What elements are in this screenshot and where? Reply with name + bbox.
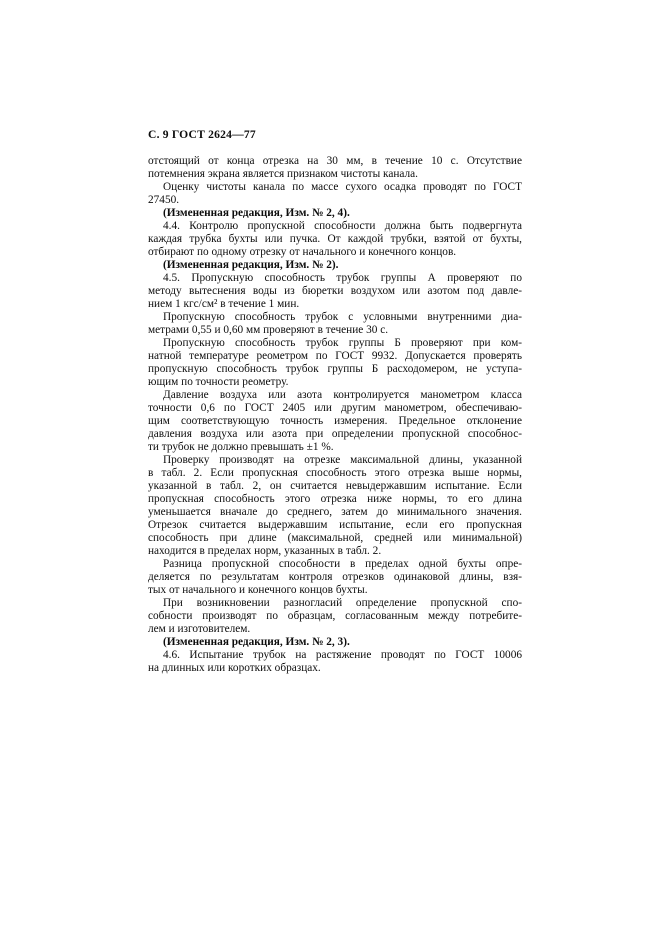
paragraph: Пропускную способность трубок с условным… [148, 311, 522, 337]
text-line: Проверку производят на отрезке максималь… [148, 454, 522, 467]
text-line: нием 1 кгс/см² в течение 1 мин. [148, 298, 522, 311]
text-line: находится в пределах норм, указанных в т… [148, 545, 522, 558]
text-line: на длинных или коротких образцах. [148, 662, 522, 675]
text-line: (Измененная редакция, Изм. № 2). [148, 259, 522, 272]
text-line: 27450. [148, 194, 522, 207]
paragraph: 4.6. Испытание трубок на растяжение пров… [148, 649, 522, 675]
text-line: способность при длине (максимальной, сре… [148, 532, 522, 545]
text-line: 4.6. Испытание трубок на растяжение пров… [148, 649, 522, 662]
text-line: методу вытеснения воды из бюретки воздух… [148, 285, 522, 298]
text-line: Давление воздуха или азота контролируетс… [148, 389, 522, 402]
text-line: Отрезок считается выдержавшим испытание,… [148, 519, 522, 532]
text-line: метрами 0,55 и 0,60 мм проверяют в течен… [148, 324, 522, 337]
document-body: отстоящий от конца отрезка на 30 мм, в т… [148, 155, 522, 675]
text-line: натной температуре реометром по ГОСТ 993… [148, 350, 522, 363]
text-line: каждая трубка бухты или пучка. От каждой… [148, 233, 522, 246]
text-line: 4.4. Контролю пропускной способности дол… [148, 220, 522, 233]
text-line: уменьшается вначале до среднего, затем д… [148, 506, 522, 519]
paragraph: При возникновении разногласий определени… [148, 597, 522, 636]
text-line: Пропускную способность трубок группы Б п… [148, 337, 522, 350]
paragraph: 4.5. Пропускную способность трубок групп… [148, 272, 522, 311]
text-line: точности 0,6 по ГОСТ 2405 или другим ман… [148, 402, 522, 415]
document-page: С. 9 ГОСТ 2624—77 отстоящий от конца отр… [0, 0, 661, 936]
text-line: в табл. 2. Если пропускная способность э… [148, 467, 522, 480]
text-line: Пропускную способность трубок с условным… [148, 311, 522, 324]
text-line: отбирают по одному отрезку от начального… [148, 246, 522, 259]
text-line: указанной в табл. 2, он считается невыде… [148, 480, 522, 493]
text-line: собности производят по образцам, согласо… [148, 610, 522, 623]
paragraph: 4.4. Контролю пропускной способности дол… [148, 220, 522, 259]
text-line: щим соответствующую точность измерения. … [148, 415, 522, 428]
text-line: ти трубок не должно превышать ±1 %. [148, 441, 522, 454]
text-line: отстоящий от конца отрезка на 30 мм, в т… [148, 155, 522, 168]
text-line: лем и изготовителем. [148, 623, 522, 636]
paragraph: (Измененная редакция, Изм. № 2, 4). [148, 207, 522, 220]
text-line: 4.5. Пропускную способность трубок групп… [148, 272, 522, 285]
paragraph: (Измененная редакция, Изм. № 2). [148, 259, 522, 272]
paragraph: Проверку производят на отрезке максималь… [148, 454, 522, 558]
text-line: ющим по точности реометру. [148, 376, 522, 389]
text-line: (Измененная редакция, Изм. № 2, 4). [148, 207, 522, 220]
text-line: (Измененная редакция, Изм. № 2, 3). [148, 636, 522, 649]
text-line: деляется по результатам контроля отрезко… [148, 571, 522, 584]
page-header-running-title: С. 9 ГОСТ 2624—77 [148, 128, 256, 141]
text-line: Оценку чистоты канала по массе сухого ос… [148, 181, 522, 194]
text-line: пропускная способность этого отрезка ниж… [148, 493, 522, 506]
text-line: тых от начального и конечного концов бух… [148, 584, 522, 597]
paragraph: Оценку чистоты канала по массе сухого ос… [148, 181, 522, 207]
text-line: потемнения экрана является признаком чис… [148, 168, 522, 181]
paragraph: Давление воздуха или азота контролируетс… [148, 389, 522, 454]
paragraph: Разница пропускной способности в предела… [148, 558, 522, 597]
paragraph: отстоящий от конца отрезка на 30 мм, в т… [148, 155, 522, 181]
paragraph: Пропускную способность трубок группы Б п… [148, 337, 522, 389]
text-line: пропускную способность трубок группы Б р… [148, 363, 522, 376]
text-line: давления воздуха или азота при определен… [148, 428, 522, 441]
paragraph: (Измененная редакция, Изм. № 2, 3). [148, 636, 522, 649]
text-line: При возникновении разногласий определени… [148, 597, 522, 610]
text-line: Разница пропускной способности в предела… [148, 558, 522, 571]
